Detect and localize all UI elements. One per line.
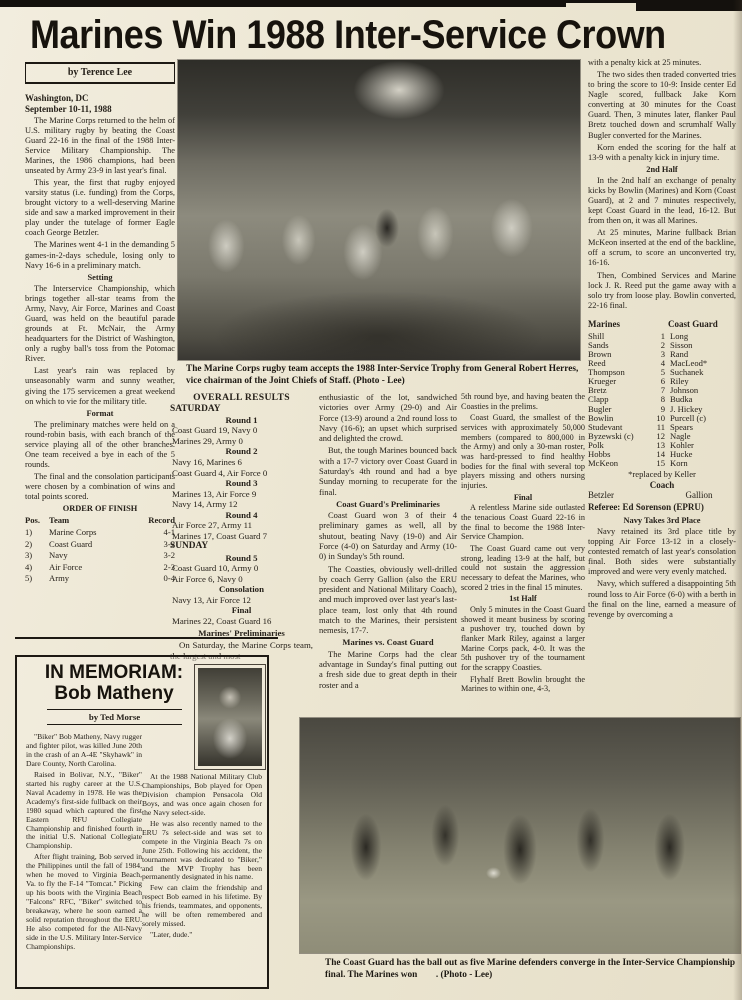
- article-byline: by Terence Lee: [25, 62, 175, 84]
- order-of-finish-row: 4) Air Force 2-3: [25, 562, 175, 574]
- article-column-1: by Terence Lee Washington, DC September …: [25, 62, 175, 637]
- round-label: Round 5: [170, 553, 313, 564]
- home-coach: Betzler: [588, 490, 662, 501]
- memoriam-signoff: "Later, dude.": [142, 931, 262, 940]
- coach-row: Betzler Gallion: [588, 490, 736, 501]
- section-subhead-1st-half: 1st Half: [461, 594, 585, 604]
- body-paragraph: "Biker" Bob Matheny, Navy rugger and fig…: [26, 733, 142, 769]
- final-roster-table: Marines Coast Guard Shill1Long Sands2Sis…: [588, 319, 736, 513]
- memoriam-title: IN MEMORIAM: Bob Matheny: [23, 662, 205, 705]
- team-photo: [178, 60, 580, 360]
- body-paragraph: Last year's rain was replaced by unseaso…: [25, 366, 175, 406]
- body-paragraph: He was also recently named to the ERU 7s…: [142, 820, 262, 883]
- roster-row: McKeon15Korn: [588, 459, 736, 468]
- memoriam-byline: by Ted Morse: [47, 709, 182, 725]
- newsletter-page: Marines Win 1988 Inter-Service Crown by …: [0, 0, 742, 1000]
- game-result: Coast Guard 10, Army 0: [170, 563, 313, 574]
- game-result: Navy 14, Army 12: [170, 499, 313, 510]
- section-subhead-cg-prelims: Coast Guard's Preliminaries: [319, 499, 457, 509]
- away-coach: Gallion: [662, 490, 736, 501]
- body-paragraph: The Marine Corps returned to the helm of…: [25, 116, 175, 176]
- action-photo-caption: The Coast Guard has the ball out as five…: [325, 957, 737, 981]
- section-subhead-marines-vs-cg: Marines vs. Coast Guard: [319, 637, 457, 647]
- roster-home-team: Marines: [588, 319, 658, 330]
- body-paragraph: Flyhalf Brett Bowlin brought the Marines…: [461, 675, 585, 694]
- body-paragraph: The two sides then traded converted trie…: [588, 70, 736, 141]
- order-of-finish-row: 1) Marine Corps 4-1: [25, 527, 175, 539]
- order-of-finish-row: 2) Coast Guard 3-2: [25, 539, 175, 551]
- section-subhead-format: Format: [25, 409, 175, 419]
- body-paragraph: At 25 minutes, Marine fullback Brian McK…: [588, 228, 736, 268]
- results-day-sunday: SUNDAY: [170, 541, 313, 552]
- game-result: Air Force 27, Army 11: [170, 520, 313, 531]
- round-label: Round 3: [170, 478, 313, 489]
- body-paragraph: Navy, which suffered a disappointing 5th…: [588, 579, 736, 619]
- article-column-3: 5th round bye, and having beaten the Coa…: [461, 392, 585, 714]
- roster-note: *replaced by Keller: [588, 469, 736, 479]
- body-paragraph: After flight training, Bob served in the…: [26, 853, 142, 951]
- scan-edge-top-mid: [566, 0, 636, 3]
- body-paragraph: Few can claim the friendship and respect…: [142, 884, 262, 929]
- body-paragraph: The Interservice Championship, which bri…: [25, 284, 175, 365]
- game-result: Marines 13, Air Force 9: [170, 489, 313, 500]
- memoriam-left-column: "Biker" Bob Matheny, Navy rugger and fig…: [26, 733, 142, 981]
- body-paragraph: Coast Guard won 3 of their 4 preliminary…: [319, 510, 457, 561]
- round-label: Round 4: [170, 510, 313, 521]
- game-result: Marines 22, Coast Guard 16: [170, 616, 313, 627]
- section-subhead-setting: Setting: [25, 273, 175, 283]
- page-headline: Marines Win 1988 Inter-Service Crown: [30, 13, 666, 58]
- dateline-date: September 10-11, 1988: [25, 104, 175, 115]
- body-paragraph: enthusiastic of the lot, sandwiched vict…: [319, 392, 457, 443]
- action-photo: [300, 718, 740, 953]
- body-paragraph: The Coasties, obviously well-drilled by …: [319, 564, 457, 636]
- body-paragraph: Navy retained its 3rd place title by top…: [588, 527, 736, 577]
- body-paragraph: Coast Guard, the smallest of the service…: [461, 413, 585, 490]
- body-paragraph: 5th round bye, and having beaten the Coa…: [461, 392, 585, 411]
- body-paragraph: Korn ended the scoring for the half at 1…: [588, 143, 736, 163]
- body-paragraph: The Marines went 4-1 in the demanding 5 …: [25, 240, 175, 270]
- dateline-city: Washington, DC: [25, 93, 175, 104]
- order-of-finish-header: Pos. Team Record: [25, 515, 175, 527]
- game-result: Marines 29, Army 0: [170, 436, 313, 447]
- roster-header: Marines Coast Guard: [588, 319, 736, 330]
- body-paragraph: The preliminary matches were held on a r…: [25, 420, 175, 470]
- memoriam-box: IN MEMORIAM: Bob Matheny by Ted Morse "B…: [15, 655, 269, 989]
- section-subhead-final: Final: [461, 493, 585, 503]
- body-paragraph: In the 2nd half an exchange of penalty k…: [588, 176, 736, 226]
- memoriam-right-column: At the 1988 National Military Club Champ…: [142, 773, 262, 981]
- round-label: Consolation: [170, 584, 313, 595]
- team-photo-caption: The Marine Corps rugby team accepts the …: [186, 363, 582, 387]
- body-paragraph: At the 1988 National Military Club Champ…: [142, 773, 262, 818]
- game-result: Coast Guard 4, Air Force 0: [170, 468, 313, 479]
- section-subhead-navy-3rd: Navy Takes 3rd Place: [588, 516, 736, 526]
- game-result: Navy 13, Air Force 12: [170, 595, 313, 606]
- body-paragraph: The Coast Guard came out very strong, le…: [461, 544, 585, 592]
- section-divider-rule: [15, 637, 278, 639]
- referee-line: Referee: Ed Sorenson (EPRU): [588, 502, 736, 513]
- game-result: Marines 17, Coast Guard 7: [170, 531, 313, 542]
- game-result: Coast Guard 19, Navy 0: [170, 425, 313, 436]
- roster-away-team: Coast Guard: [658, 319, 736, 330]
- body-paragraph: Only 5 minutes in the Coast Guard showed…: [461, 605, 585, 673]
- round-label: Round 1: [170, 415, 313, 426]
- body-paragraph: The final and the consolation participan…: [25, 472, 175, 502]
- results-title: OVERALL RESULTS: [170, 392, 313, 404]
- article-column-4: with a penalty kick at 25 minutes. The t…: [588, 58, 736, 715]
- body-paragraph: with a penalty kick at 25 minutes.: [588, 58, 736, 68]
- coach-head: Coach: [588, 480, 736, 491]
- round-label: Final: [170, 605, 313, 616]
- results-day-saturday: SATURDAY: [170, 404, 313, 415]
- body-paragraph: But, the tough Marines bounced back with…: [319, 445, 457, 496]
- order-of-finish-row: 5) Army 0-4: [25, 573, 175, 585]
- body-paragraph: The Marine Corps had the clear advantage…: [319, 649, 457, 690]
- section-subhead-2nd-half: 2nd Half: [588, 165, 736, 175]
- matheny-portrait-photo: [195, 665, 265, 769]
- round-label: Round 2: [170, 446, 313, 457]
- game-result: Air Force 6, Navy 0: [170, 574, 313, 585]
- scan-edge-top-right: [636, 0, 742, 11]
- order-of-finish-head: ORDER OF FINISH: [25, 504, 175, 514]
- body-paragraph: A relentless Marine side outlasted the t…: [461, 503, 585, 542]
- scan-edge-top: [0, 0, 566, 7]
- body-paragraph: This year, the first that rugby enjoyed …: [25, 178, 175, 238]
- body-paragraph: Raised in Bolivar, N.Y., "Biker" started…: [26, 771, 142, 852]
- game-result: Navy 16, Marines 6: [170, 457, 313, 468]
- order-of-finish-row: 3) Navy 3-2: [25, 550, 175, 562]
- article-column-2: enthusiastic of the lot, sandwiched vict…: [319, 392, 457, 714]
- body-paragraph: Then, Combined Services and Marine lock …: [588, 271, 736, 311]
